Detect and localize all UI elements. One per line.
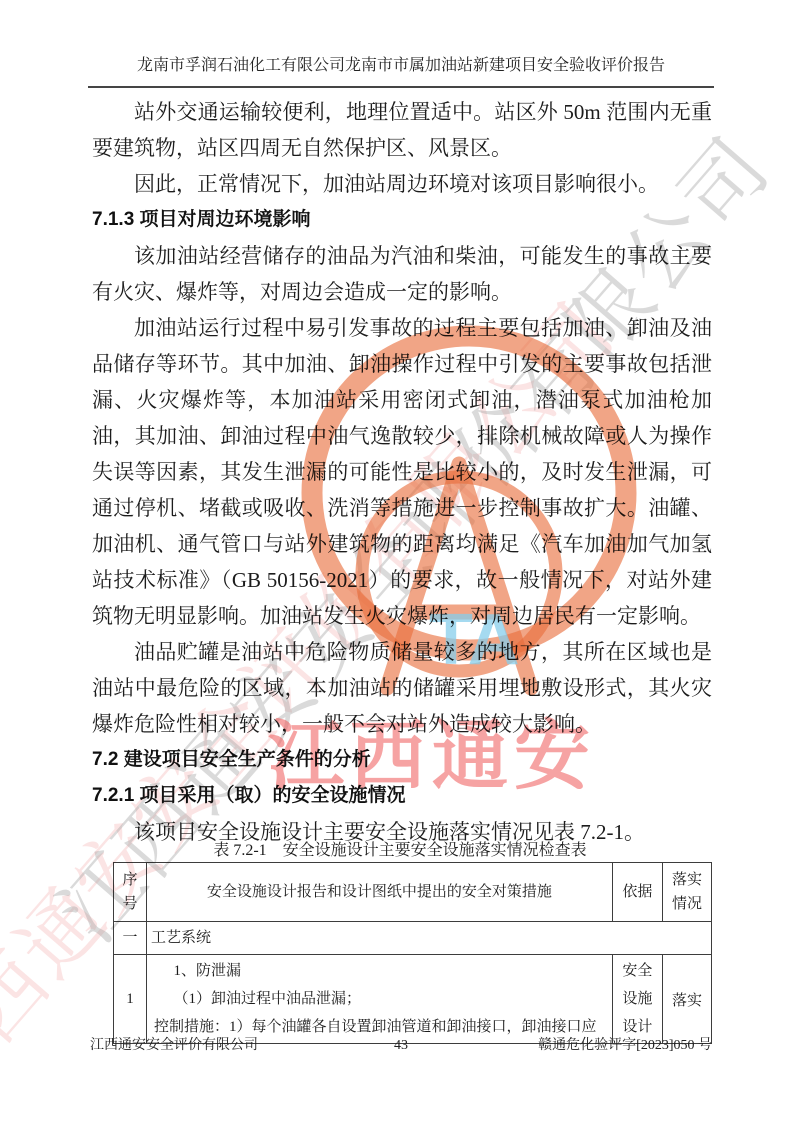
footer-company-name: 江西通安安全评价有限公司 <box>90 1036 394 1056</box>
basis-line-2: 设施 <box>617 985 658 1013</box>
document-body: 站外交通运输较便利，地理位置适中。站区外 50m 范围内无重要建筑物，站区四周无… <box>92 94 712 850</box>
section-number-cell: 一 <box>114 922 147 955</box>
table-header-row: 序号 安全设施设计报告和设计图纸中提出的安全对策措施 依据 落实情况 <box>114 863 712 922</box>
header-cell-measures: 安全设施设计报告和设计图纸中提出的安全对策措施 <box>147 863 613 922</box>
paragraph-accident-process: 加油站运行过程中易引发事故的过程主要包括加油、卸油及油品储存等环节。其中加油、卸… <box>92 310 712 634</box>
header-cell-status: 落实情况 <box>662 863 711 922</box>
heading-7-1-3: 7.1.3 项目对周边环境影响 <box>92 202 712 238</box>
item-measures-cell: 1、防泄漏 （1）卸油过程中油品泄漏； 控制措施：1）每个油罐各自设置卸油管道和… <box>147 955 613 1044</box>
heading-7-2-1: 7.2.1 项目采用（取）的安全设施情况 <box>92 778 712 814</box>
footer-doc-number: 赣通危化验评字[2023]050 号 <box>408 1036 712 1056</box>
section-title-cell: 工艺系统 <box>147 922 712 955</box>
item-number-cell: 1 <box>114 955 147 1044</box>
paragraph-normal-impact: 因此，正常情况下，加油站周边环境对该项目影响很小。 <box>92 166 712 202</box>
safety-facility-check-table: 序号 安全设施设计报告和设计图纸中提出的安全对策措施 依据 落实情况 一 工艺系… <box>113 862 712 1044</box>
item-status-cell: 落实 <box>662 955 711 1044</box>
paragraph-storage-tank: 油品贮罐是油站中危险物质储量较多的地方，其所在区域也是油站中最危险的区域，本加油… <box>92 634 712 742</box>
paragraph-oil-types: 该加油站经营储存的油品为汽油和柴油，可能发生的事故主要有火灾、爆炸等，对周边会造… <box>92 238 712 310</box>
paragraph-site-traffic: 站外交通运输较便利，地理位置适中。站区外 50m 范围内无重要建筑物，站区四周无… <box>92 94 712 166</box>
header-cell-basis: 依据 <box>612 863 662 922</box>
measure-line-2: （1）卸油过程中油品泄漏； <box>151 985 608 1013</box>
item-basis-cell: 安全 设施 设计 <box>612 955 662 1044</box>
footer-page-number: 43 <box>394 1036 408 1056</box>
heading-7-2: 7.2 建设项目安全生产条件的分析 <box>92 742 712 778</box>
table-caption: 表 7.2-1 安全设施设计主要安全设施落实情况检查表 <box>0 841 800 861</box>
header-cell-seq: 序号 <box>114 863 147 922</box>
table-row-item-1: 1 1、防泄漏 （1）卸油过程中油品泄漏； 控制措施：1）每个油罐各自设置卸油管… <box>114 955 712 1044</box>
page-footer: 江西通安安全评价有限公司 43 赣通危化验评字[2023]050 号 <box>90 1036 712 1056</box>
table-row-section-one: 一 工艺系统 <box>114 922 712 955</box>
measure-line-1: 1、防泄漏 <box>151 957 608 985</box>
report-page: 龙南市孚润石油化工有限公司龙南市市属加油站新建项目安全验收评价报告 站外交通运输… <box>0 0 800 1131</box>
basis-line-1: 安全 <box>617 957 658 985</box>
page-header-title: 龙南市孚润石油化工有限公司龙南市市属加油站新建项目安全验收评价报告 <box>88 54 714 88</box>
